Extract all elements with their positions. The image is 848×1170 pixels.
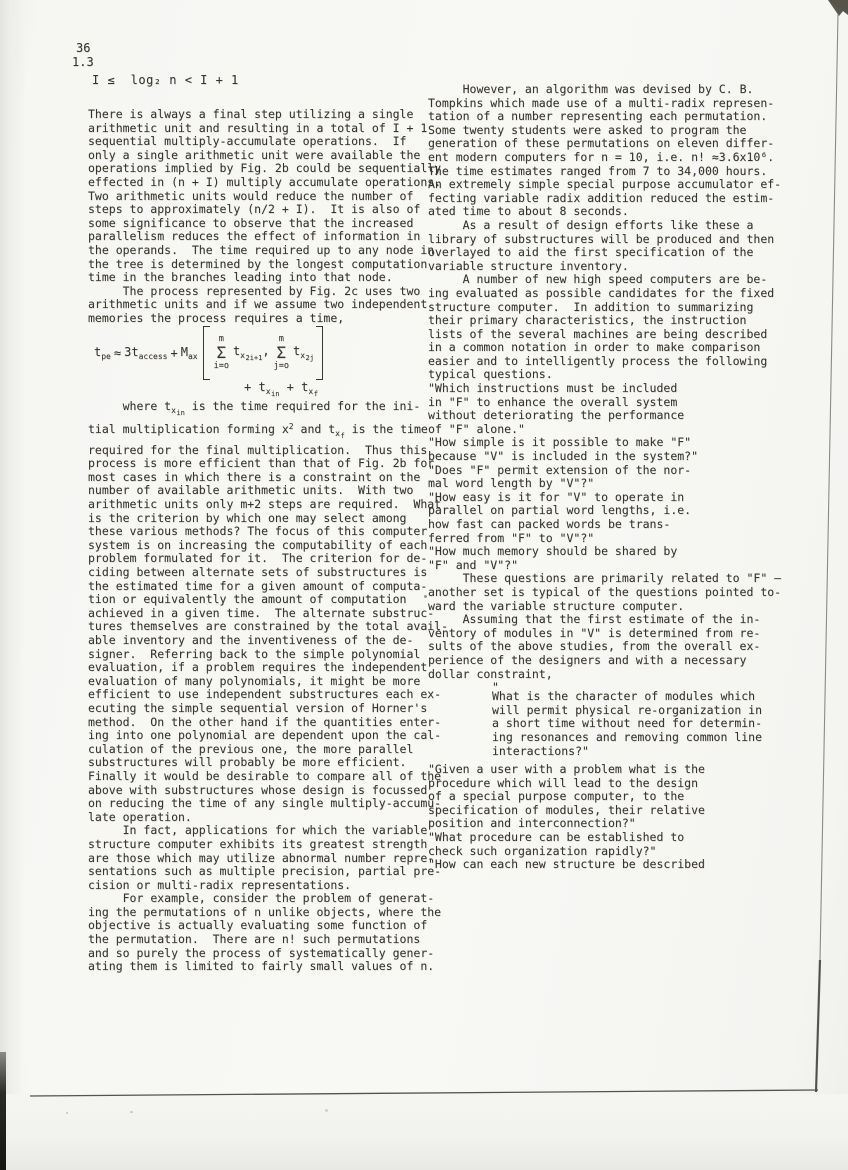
quote-question-1: "Which instructions must be included in … (428, 382, 798, 436)
quote-question-6-block: " What is the character of modules which… (492, 681, 798, 758)
scan-speck (325, 1109, 328, 1112)
plus-symbol: + (167, 346, 180, 360)
summation-1: mΣi=o (210, 335, 233, 370)
scan-bottom-page-edge-area (0, 1094, 848, 1170)
right-column: However, an algorithm was devised by C. … (428, 83, 798, 872)
left-paragraph-5: For example, consider the problem of gen… (88, 892, 450, 974)
section-number: 1.3 (72, 56, 94, 70)
scan-bottom-left-strip (0, 1052, 6, 1170)
right-page-edge-dark (816, 960, 820, 1092)
equation-access-term: 3taccess (124, 345, 167, 361)
quote-question-7: "Given a user with a problem what is the… (428, 763, 798, 831)
left-column: There is always a final step utilizing a… (88, 108, 450, 974)
left-bracket (203, 326, 210, 380)
page-number: 36 (76, 42, 90, 56)
equation-max: Max (181, 345, 198, 361)
right-paragraph-3: A number of new high speed computers are… (428, 273, 798, 382)
quote-question-2: "How simple is it possible to make "F" b… (428, 436, 798, 463)
right-bracket (316, 326, 323, 380)
scanned-paper-page: 36 1.3 I ≤ log₂ n < I + 1 There is alway… (0, 0, 848, 1170)
left-paragraph-3: where txin is the time required for the … (88, 400, 450, 825)
quote-question-6: What is the character of modules which w… (492, 690, 798, 758)
summation-2: mΣj=o (270, 335, 293, 370)
summation-1-term: tx2i+1, (233, 344, 270, 362)
approx-symbol: ≈ (111, 346, 124, 360)
right-paragraph-5: Assuming that the first estimate of the … (428, 613, 798, 681)
left-paragraph-4: In fact, applications for which the vari… (88, 824, 450, 892)
right-page-edge-line (816, 14, 838, 1092)
left-paragraph-1: There is always a final step utilizing a… (88, 108, 450, 285)
scan-speck (424, 595, 427, 598)
quote-question-8: "What procedure can be established to ch… (428, 831, 798, 858)
right-paragraph-2: As a result of design efforts like these… (428, 219, 798, 273)
equation-processing-time: tpe≈3taccess+MaxmΣi=otx2i+1,mΣj=otx2j + … (94, 326, 450, 396)
quote-question-3: "Does "F" permit extension of the nor- m… (428, 464, 798, 491)
right-paragraph-1: However, an algorithm was devised by C. … (428, 83, 798, 219)
scan-speck (130, 1111, 133, 1113)
equation-line-2: + txin + txf (244, 380, 450, 398)
quote-question-5: "How much memory should be shared by "F"… (428, 545, 798, 572)
scan-corner-shadow (829, 0, 848, 15)
left-paragraph-2: The process represented by Fig. 2c uses … (88, 285, 450, 326)
summation-2-term: tx2j (293, 344, 314, 362)
scan-speck (66, 1112, 68, 1114)
right-paragraph-4: These questions are primarily related to… (428, 572, 798, 613)
quote-question-4: "How easy is it for "V" to operate in pa… (428, 491, 798, 545)
scan-left-edge-shadow (0, 0, 26, 1170)
quote-question-9: "How can each new structure be described (428, 858, 798, 872)
inequality-formula: I ≤ log₂ n < I + 1 (92, 74, 239, 88)
equation-line-1: tpe≈3taccess+MaxmΣi=otx2i+1,mΣj=otx2j (94, 326, 450, 380)
equation-lhs: tpe (94, 345, 111, 361)
